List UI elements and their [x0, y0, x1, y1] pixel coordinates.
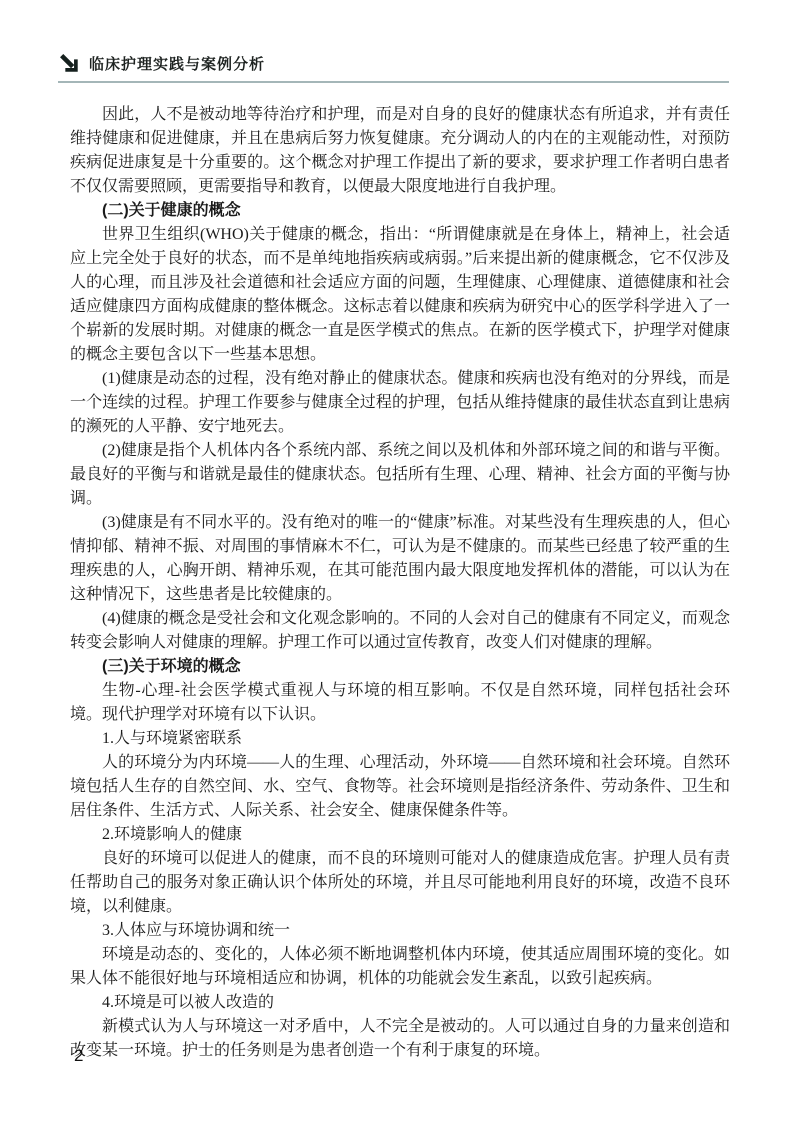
section-heading: (二)关于健康的概念 [70, 199, 730, 223]
page-body: 因此，人不是被动地等待治疗和护理，而是对自身的良好的健康状态有所追求，并有责任维… [70, 103, 730, 1063]
paragraph: 生物-心理-社会医学模式重视人与环境的相互影响。不仅是自然环境，同样包括社会环境… [70, 679, 730, 727]
book-page: 临床护理实践与案例分析 因此，人不是被动地等待治疗和护理，而是对自身的良好的健康… [0, 0, 800, 1124]
section-heading: (三)关于环境的概念 [70, 655, 730, 679]
paragraph: 新模式认为人与环境这一对矛盾中，人不完全是被动的。人可以通过自身的力量来创造和改… [70, 1015, 730, 1063]
paragraph: 因此，人不是被动地等待治疗和护理，而是对自身的良好的健康状态有所追求，并有责任维… [70, 103, 730, 199]
paragraph: (1)健康是动态的过程，没有绝对静止的健康状态。健康和疾病也没有绝对的分界线，而… [70, 367, 730, 439]
book-title: 临床护理实践与案例分析 [89, 53, 265, 74]
paragraph: (3)健康是有不同水平的。没有绝对的唯一的“健康”标准。对某些没有生理疾患的人，… [70, 511, 730, 607]
running-head: 临床护理实践与案例分析 [58, 52, 729, 83]
paragraph: 环境是动态的、变化的，人体必须不断地调整机体内环境，使其适应周围环境的变化。如果… [70, 943, 730, 991]
page-number: 2 [74, 1046, 83, 1066]
sub-heading: 3.人体应与环境协调和统一 [70, 919, 730, 943]
sub-heading: 4.环境是可以被人改造的 [70, 991, 730, 1015]
arrow-down-right-icon [58, 52, 80, 74]
paragraph: 人的环境分为内环境——人的生理、心理活动，外环境——自然环境和社会环境。自然环境… [70, 751, 730, 823]
paragraph: 良好的环境可以促进人的健康，而不良的环境则可能对人的健康造成危害。护理人员有责任… [70, 847, 730, 919]
paragraph: 世界卫生组织(WHO)关于健康的概念，指出：“所谓健康就是在身体上，精神上，社会… [70, 223, 730, 367]
sub-heading: 1.人与环境紧密联系 [70, 727, 730, 751]
paragraph: (4)健康的概念是受社会和文化观念影响的。不同的人会对自己的健康有不同定义，而观… [70, 607, 730, 655]
running-head-row: 临床护理实践与案例分析 [58, 52, 729, 83]
paragraph: (2)健康是指个人机体内各个系统内部、系统之间以及机体和外部环境之间的和谐与平衡… [70, 439, 730, 511]
sub-heading: 2.环境影响人的健康 [70, 823, 730, 847]
